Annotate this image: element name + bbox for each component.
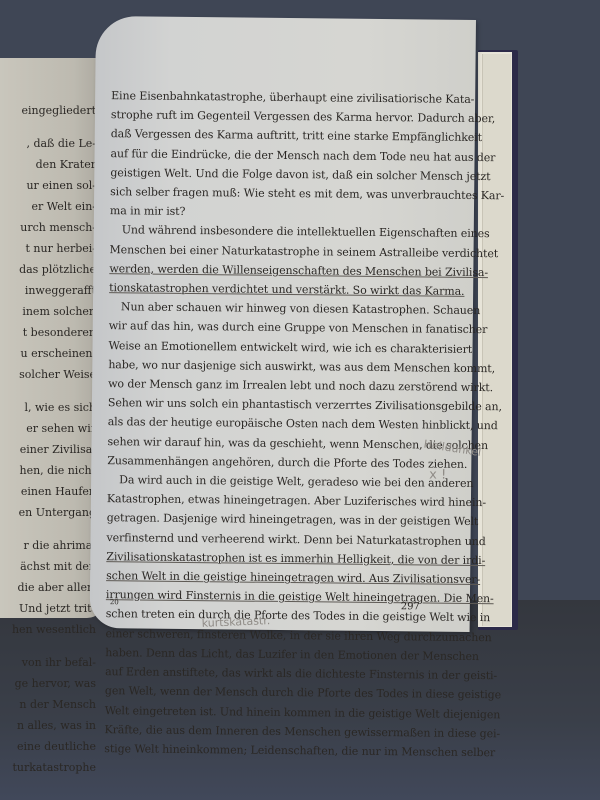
text-line: n der Mensch [0, 694, 96, 715]
text-line: t besonderen [0, 322, 96, 343]
text-line: das plötzliche [0, 259, 96, 280]
left-page-text: eingegliedert , daß die Le-den Kraterur … [0, 100, 96, 778]
text-line: von ihr befal- [0, 652, 96, 673]
text-line: stige Welt hineinkommen; Leidenschaften,… [104, 739, 444, 762]
text-line: eine deutliche [0, 736, 96, 757]
signature-mark: 20 [110, 598, 119, 606]
page-number: 297 [401, 601, 420, 612]
text-line: inem solchen [0, 301, 96, 322]
text-line: u erscheinen. [0, 343, 96, 364]
text-line: ge hervor, was [0, 673, 96, 694]
text-line: urch mensch- [0, 217, 96, 238]
text-line: inweggerafft [0, 280, 96, 301]
page-body-text: Eine Eisenbahnkatastrophe, überhaupt ein… [104, 86, 451, 762]
text-line: er sehen wir [0, 418, 96, 439]
text-line: en Untergang [0, 502, 96, 523]
text-line: l, wie es sich [0, 397, 96, 418]
text-line: , daß die Le- [0, 133, 96, 154]
text-line: n alles, was in [0, 715, 96, 736]
left-line: eingegliedert [0, 100, 96, 121]
text-line: t nur herbei- [0, 238, 96, 259]
page-stack-edge-inner [482, 54, 511, 626]
text-line: die aber aller- [0, 577, 96, 598]
text-line: Und jetzt tritt [0, 598, 96, 619]
text-line: einer Zivilisa- [0, 439, 96, 460]
right-page: Eine Eisenbahnkatastrophe, überhaupt ein… [90, 16, 476, 632]
text-line: ur einen sol- [0, 175, 96, 196]
left-page: eingegliedert , daß die Le-den Kraterur … [0, 58, 105, 618]
text-line: einen Haufen [0, 481, 96, 502]
text-line: turkatastrophe [0, 757, 96, 778]
text-line: ächst mit den [0, 556, 96, 577]
margin-marks: x ! [429, 468, 446, 483]
text-line: r die ahrima- [0, 535, 96, 556]
text-line: hen wesentlich [0, 619, 96, 640]
text-line: solcher Weise [0, 364, 96, 385]
text-line: hen, die nicht [0, 460, 96, 481]
text-line: den Krater [0, 154, 96, 175]
text-line: er Welt ein- [0, 196, 96, 217]
